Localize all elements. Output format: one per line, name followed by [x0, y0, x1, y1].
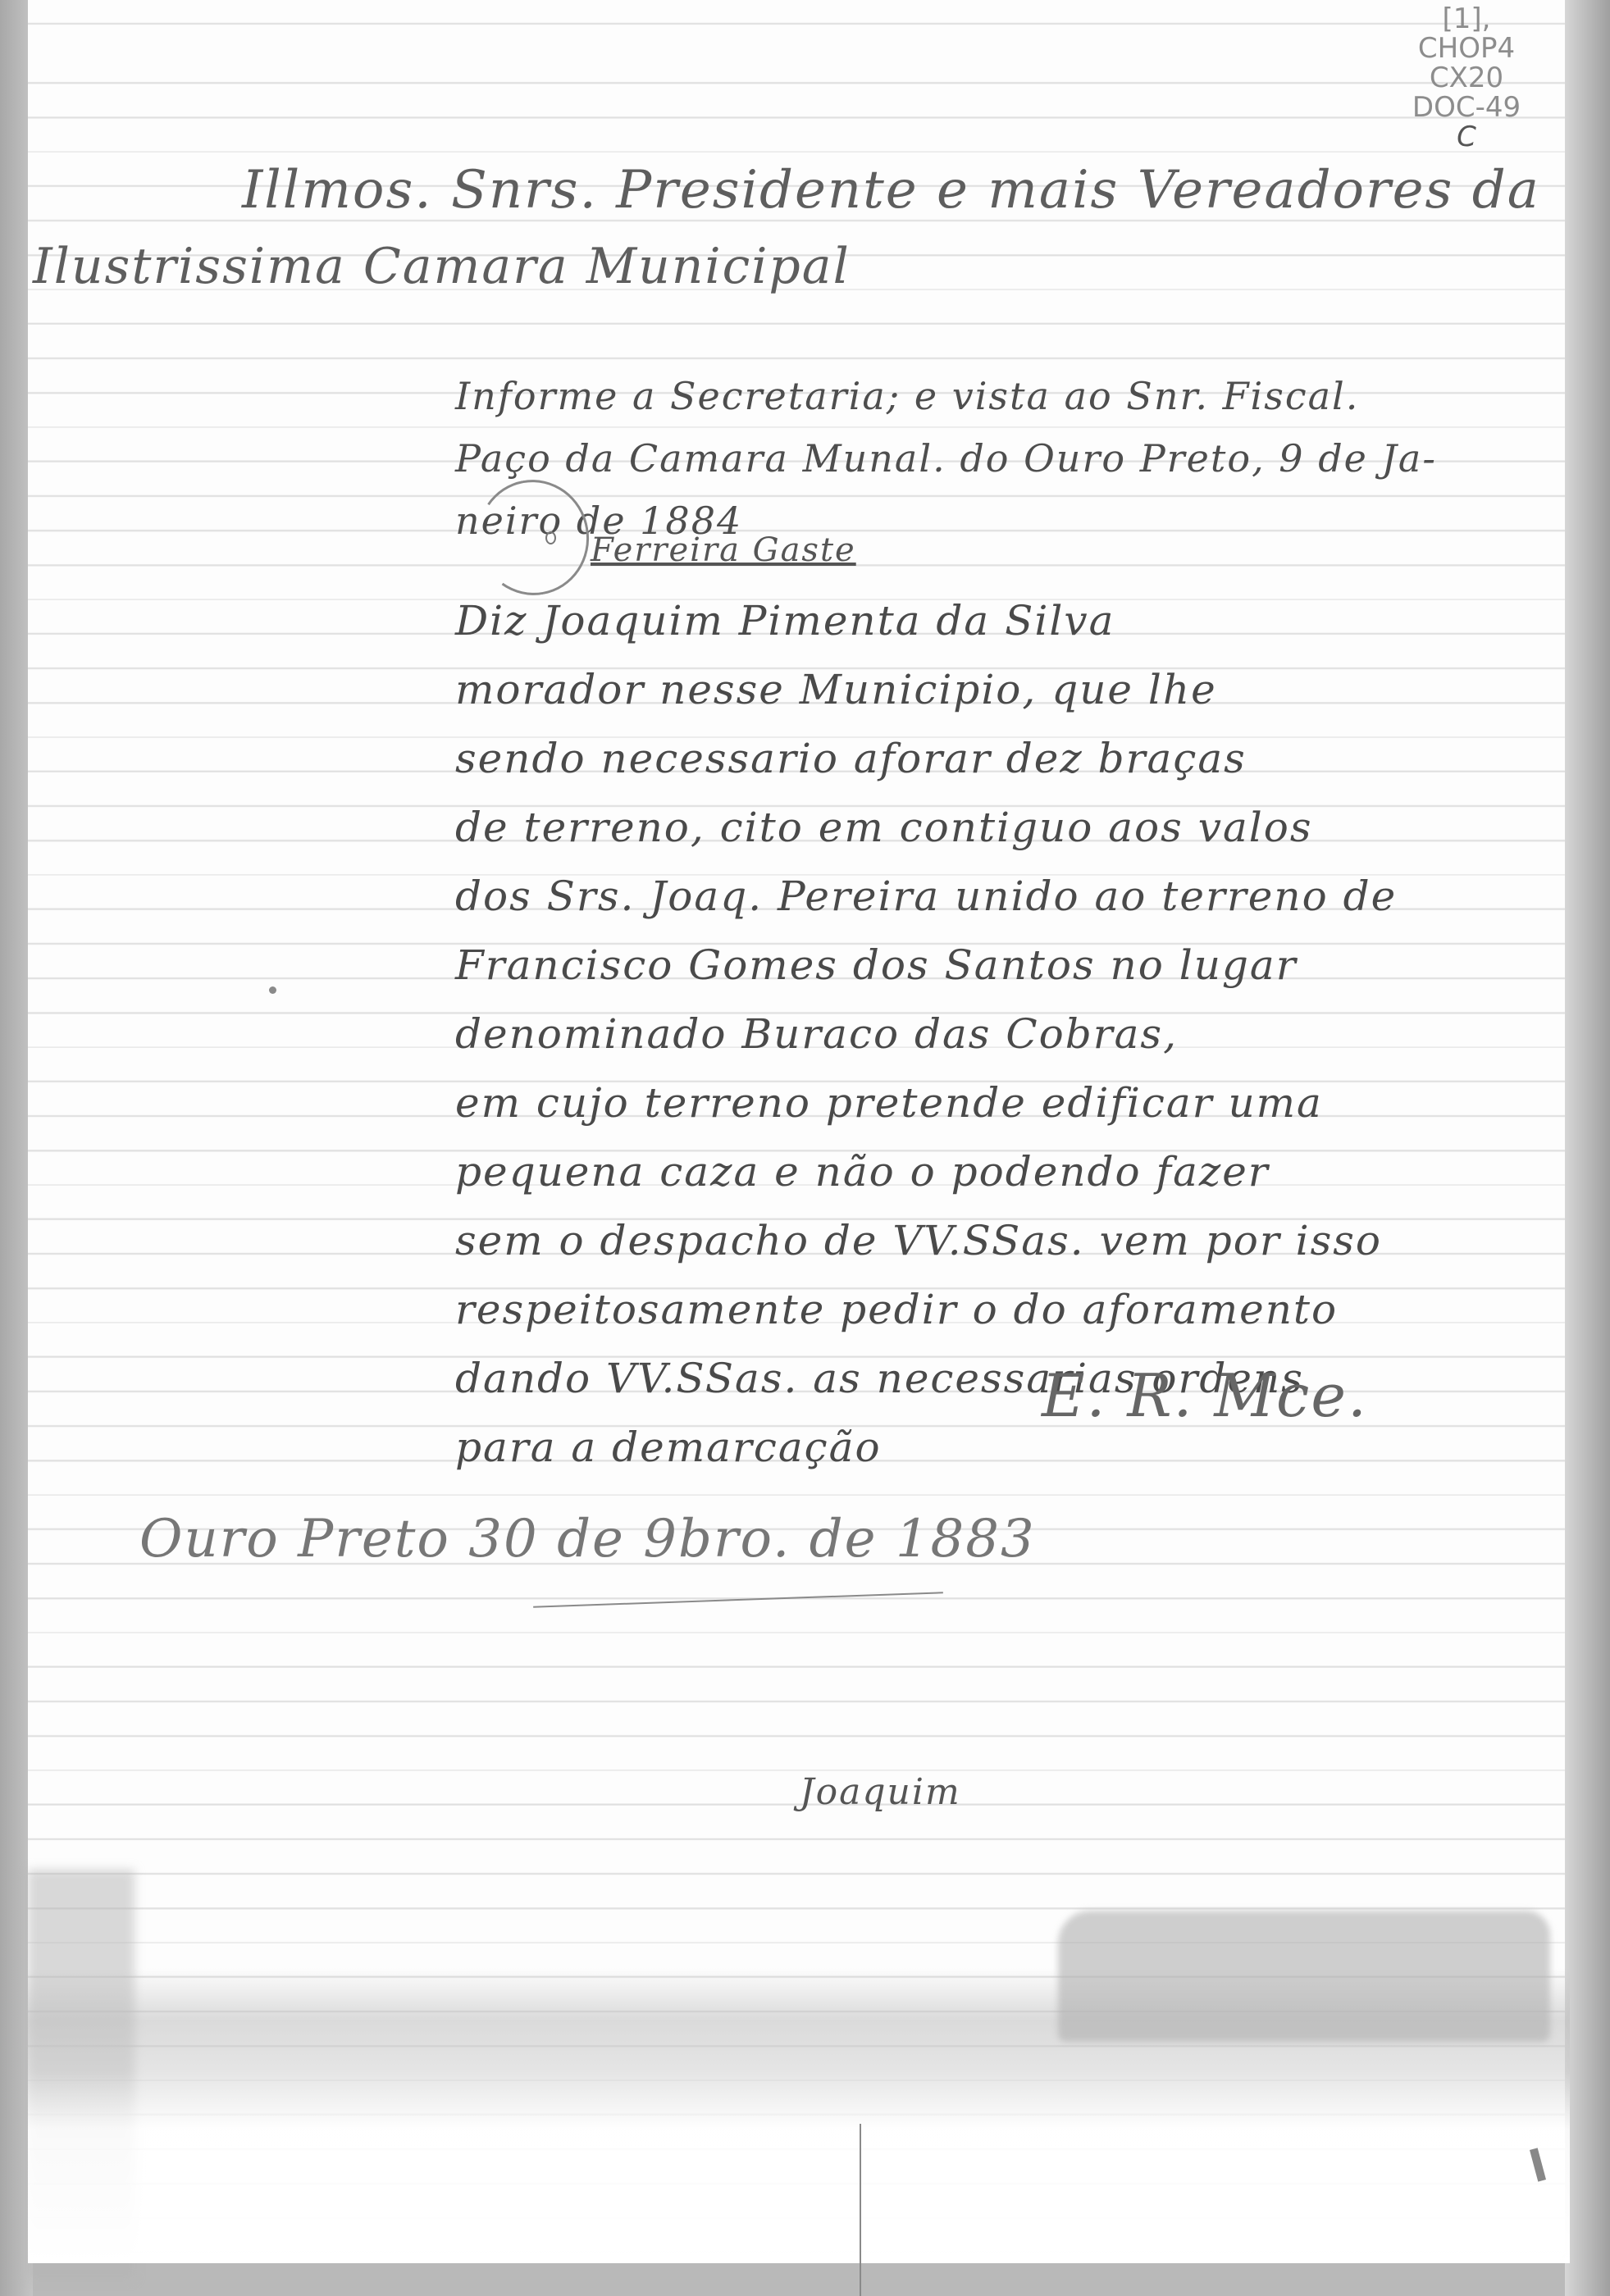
body-line: Francisco Gomes dos Santos no lugar [455, 931, 1397, 1000]
salutation-line-1: Illmos. Snrs. Presidente e mais Vereador… [242, 160, 1540, 221]
despacho-line: Paço da Camara Munal. do Ouro Preto, 9 d… [455, 427, 1437, 490]
body-line: dos Srs. Joaq. Pereira unido ao terreno … [455, 862, 1397, 931]
archive-ref-line: CX20 [1409, 63, 1524, 93]
despacho-rubric-signature: Ferreira Gaste [591, 531, 856, 569]
archive-reference: [1], CHOP4 CX20 DOC-49 C [1409, 4, 1524, 152]
scan-edge-right [1565, 0, 1610, 2296]
archive-ref-line: [1], [1409, 4, 1524, 34]
despacho-line: Informe a Secretaria; e vista ao Snr. Fi… [455, 365, 1437, 427]
archive-ref-line: CHOP4 [1409, 34, 1524, 63]
flourish-dot-icon [545, 531, 556, 544]
salutation-line-2: Ilustrissima Camara Municipal [33, 238, 851, 295]
water-stain-right [1058, 1911, 1550, 2042]
signature-fragment: Joaquim [800, 1771, 961, 1813]
petition-body: Diz Joaquim Pimenta da Silva morador nes… [455, 586, 1397, 1482]
archive-ref-mark: C [1409, 122, 1524, 152]
body-line: respeitosamente pedir o do aforamento [455, 1275, 1397, 1344]
body-line: sem o despacho de VV.SSas. vem por isso [455, 1206, 1397, 1275]
body-line: morador nesse Municipio, que lhe [455, 655, 1397, 724]
archive-ref-line: DOC-49 [1409, 93, 1524, 122]
body-line: de terreno, cito em contiguo aos valos [455, 793, 1397, 862]
paper-tear-line [860, 2124, 861, 2296]
closing-formula: E. R. Mce. [1042, 1361, 1368, 1430]
body-line: pequena caza e não o podendo fazer [455, 1137, 1397, 1206]
body-line: sendo necessario aforar dez braças [455, 724, 1397, 793]
body-line: Diz Joaquim Pimenta da Silva [455, 586, 1397, 655]
despacho-annotation: Informe a Secretaria; e vista ao Snr. Fi… [455, 365, 1437, 552]
margin-ink-dot [269, 986, 276, 994]
place-and-date: Ouro Preto 30 de 9bro. de 1883 [139, 1509, 1036, 1569]
body-line: denominado Buraco das Cobras, [455, 1000, 1397, 1068]
body-line: em cujo terreno pretende edificar uma [455, 1068, 1397, 1137]
